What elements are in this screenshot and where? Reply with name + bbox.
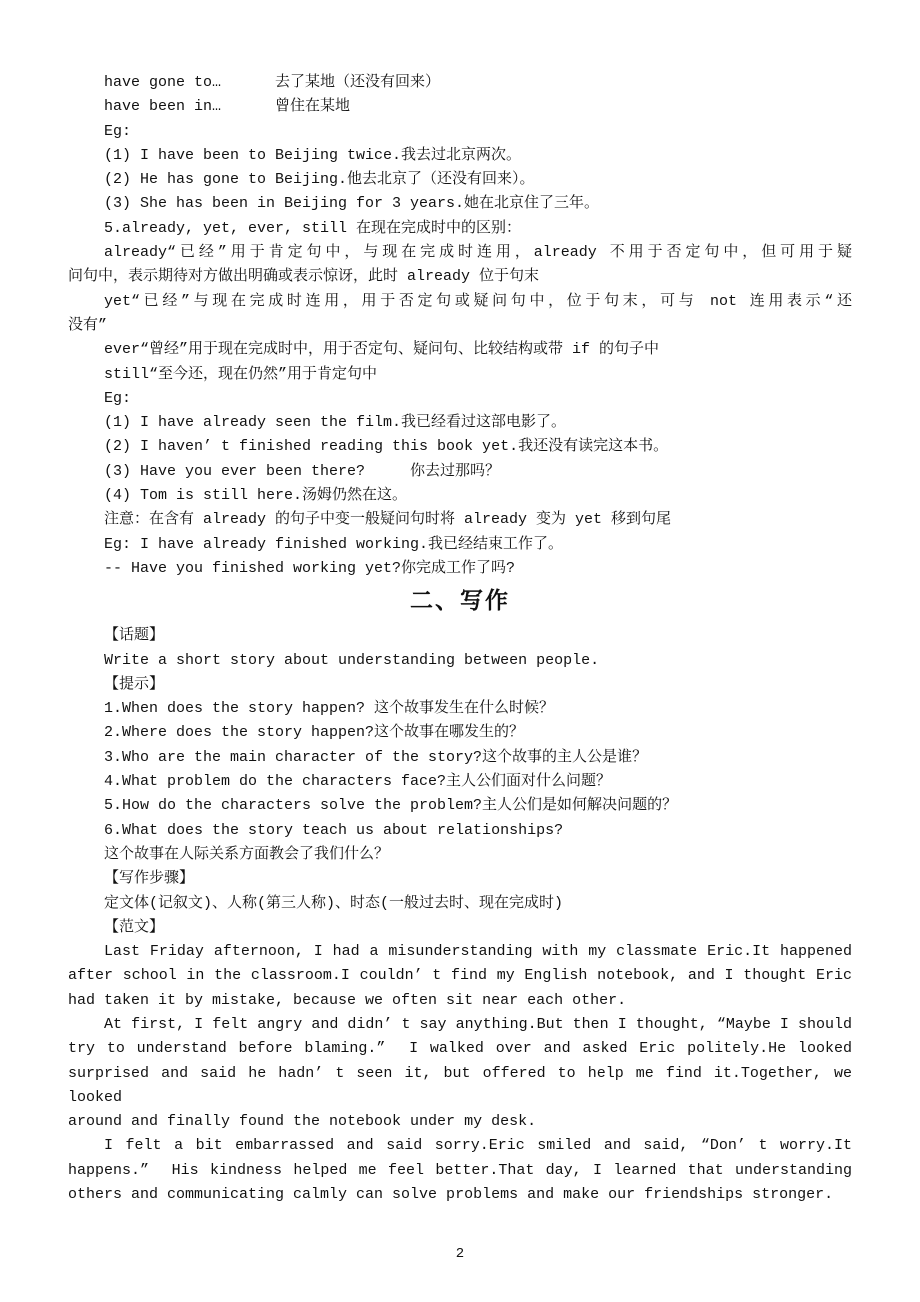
grammar-section: have gone to… 去了某地（还没有回来）have been in… 曾…	[68, 71, 852, 581]
text-line: 【范文】	[68, 916, 852, 940]
text-line: 问句中，表示期待对方做出明确或表示惊讶，此时 already 位于句末	[68, 265, 852, 289]
text-line: after school in the classroom.I couldn’ …	[68, 964, 852, 988]
text-line: had taken it by mistake, because we ofte…	[68, 989, 852, 1013]
text-line: happens.” His kindness helped me feel be…	[68, 1159, 852, 1183]
writing-section: 【话题】Write a short story about understand…	[68, 624, 852, 1207]
text-line: Write a short story about understanding …	[68, 649, 852, 673]
text-line: (1) I have been to Beijing twice.我去过北京两次…	[68, 144, 852, 168]
text-line: ever“曾经”用于现在完成时中，用于否定句、疑问句、比较结构或带 if 的句子…	[68, 338, 852, 362]
text-line: have gone to… 去了某地（还没有回来）	[68, 71, 852, 95]
text-line: (3) She has been in Beijing for 3 years.…	[68, 192, 852, 216]
text-line: 5.already, yet, ever, still 在现在完成时中的区别：	[68, 217, 852, 241]
text-line: 6.What does the story teach us about rel…	[68, 819, 852, 843]
text-line: I felt a bit embarrassed and said sorry.…	[68, 1134, 852, 1158]
text-line: 定文体(记叙文)、人称(第三人称)、时态(一般过去时、现在完成时)	[68, 892, 852, 916]
document-page: have gone to… 去了某地（还没有回来）have been in… 曾…	[0, 0, 920, 1302]
writing-section-heading: 二、写作	[68, 588, 852, 616]
text-line: 【话题】	[68, 624, 852, 648]
text-line: 注意：在含有 already 的句子中变一般疑问句时将 already 变为 y…	[68, 508, 852, 532]
text-line: already“已经”用于肯定句中，与现在完成时连用，already 不用于否定…	[68, 241, 852, 265]
text-line: Eg:	[68, 120, 852, 144]
text-line: At first, I felt angry and didn’ t say a…	[68, 1013, 852, 1037]
text-line: have been in… 曾住在某地	[68, 95, 852, 119]
text-line: 2.Where does the story happen?这个故事在哪发生的？	[68, 721, 852, 745]
text-line: try to understand before blaming.” I wal…	[68, 1037, 852, 1061]
text-line: Last Friday afternoon, I had a misunders…	[68, 940, 852, 964]
text-line: 没有”	[68, 314, 852, 338]
text-line: others and communicating calmly can solv…	[68, 1183, 852, 1207]
text-line: 3.Who are the main character of the stor…	[68, 746, 852, 770]
text-line: (2) He has gone to Beijing.他去北京了（还没有回来）。	[68, 168, 852, 192]
text-line: Eg:	[68, 387, 852, 411]
text-line: 4.What problem do the characters face?主人…	[68, 770, 852, 794]
text-line: (1) I have already seen the film.我已经看过这部…	[68, 411, 852, 435]
text-line: 【提示】	[68, 673, 852, 697]
text-line: surprised and said he hadn’ t seen it, b…	[68, 1062, 852, 1111]
text-line: (3) Have you ever been there? 你去过那吗？	[68, 460, 852, 484]
text-line: around and finally found the notebook un…	[68, 1110, 852, 1134]
text-line: -- Have you finished working yet?你完成工作了吗…	[68, 557, 852, 581]
text-line: (4) Tom is still here.汤姆仍然在这。	[68, 484, 852, 508]
text-line: (2) I haven’ t finished reading this boo…	[68, 435, 852, 459]
text-line: yet“已经”与现在完成时连用，用于否定句或疑问句中，位于句末，可与 not 连…	[68, 290, 852, 314]
page-number: 2	[0, 1242, 920, 1266]
text-line: 【写作步骤】	[68, 867, 852, 891]
text-line: 5.How do the characters solve the proble…	[68, 794, 852, 818]
text-line: still“至今还，现在仍然”用于肯定句中	[68, 363, 852, 387]
text-line: 这个故事在人际关系方面教会了我们什么？	[68, 843, 852, 867]
text-line: Eg: I have already finished working.我已经结…	[68, 533, 852, 557]
text-line: 1.When does the story happen? 这个故事发生在什么时…	[68, 697, 852, 721]
